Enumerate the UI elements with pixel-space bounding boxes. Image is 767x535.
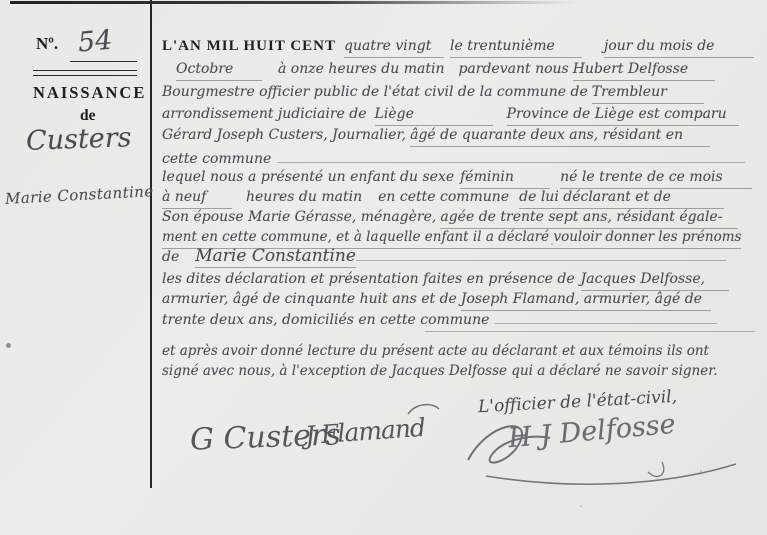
text-segment: quatre vingt [344, 36, 444, 58]
act-line-6: cette commune [162, 147, 745, 168]
text-segment: de lui déclarant et de [519, 187, 724, 209]
ruled-blank [495, 308, 717, 324]
text-segment: trente deux ans, domiciliés en cette com… [162, 310, 489, 330]
text-segment: Hubert Delfosse [573, 59, 715, 81]
birth-certificate-scan: Nº. 54 NAISSANCE de Custers Marie Consta… [0, 0, 767, 535]
act-line-2: Octobreà onze heures du matinpardevant n… [162, 59, 715, 80]
text-segment: Gérard Joseph Custers, Journalier, [162, 125, 406, 145]
blank-ruled-line [425, 331, 755, 332]
act-number-value: 54 [77, 25, 114, 59]
margin-heading-de: de [80, 107, 96, 125]
spacer [262, 63, 278, 73]
spacer [362, 191, 378, 201]
text-segment: le trentunième [450, 36, 582, 58]
text-segment: Octobre [176, 59, 262, 81]
act-line-3: Bourgmestre officier public de l'état ci… [162, 82, 704, 103]
text-segment: les dites déclaration et présentation fa… [162, 269, 575, 289]
text-segment: heures du matin [246, 187, 362, 207]
text-segment: jour du mois de [604, 36, 754, 58]
act-line-15: et après avoir donné lecture du présent … [162, 341, 709, 362]
act-number-label: Nº. [36, 34, 58, 54]
ruled-blank [356, 245, 726, 261]
scan-speck [700, 470, 702, 472]
ruled-blank [277, 147, 745, 163]
act-line-9: Son épouse Marie Gérasse, ménagère,agée … [162, 207, 738, 228]
text-segment: à neuf [162, 187, 232, 209]
text-segment: et après avoir donné lecture du présent … [162, 341, 709, 361]
act-line-1: L'AN MIL HUIT CENTquatre vingtle trentun… [162, 36, 754, 57]
scan-speck [6, 343, 11, 348]
act-line-7: lequel nous a présenté un enfant du sexe… [162, 167, 752, 188]
text-segment: de [162, 247, 179, 267]
text-segment: âgé de quarante deux ans, résidant en [410, 125, 710, 147]
spacer [550, 171, 560, 181]
spacer [582, 40, 604, 50]
text-segment: lequel nous a présenté un enfant du sexe [162, 167, 454, 187]
spacer [179, 251, 195, 261]
text-segment: Marie Constantine [195, 246, 356, 268]
text-segment: cette commune [162, 149, 271, 169]
text-segment: Trembleur [592, 82, 704, 104]
text-segment: arrondissement judiciaire de [162, 104, 367, 124]
text-segment: L'AN MIL HUIT CENT [162, 36, 336, 56]
act-line-11: deMarie Constantine [162, 245, 726, 266]
margin-separator-rule [150, 0, 152, 488]
scan-speck [306, 433, 309, 436]
text-segment: pardevant nous [458, 59, 568, 79]
spacer [162, 63, 176, 73]
text-segment: Province de Liège est comparu [507, 104, 739, 126]
spacer [336, 40, 344, 50]
spacer [493, 108, 507, 118]
act-line-16: signé avec nous, à l'exception de Jacque… [162, 361, 717, 382]
text-segment: Liège [375, 104, 493, 126]
margin-given-names: Marie Constantine [5, 182, 154, 208]
margin-heading-naissance: NAISSANCE [33, 83, 146, 103]
scan-speck [551, 243, 553, 245]
text-segment: Bourgmestre officier public de l'état ci… [162, 82, 588, 102]
scan-speck [580, 505, 582, 507]
text-segment: Son épouse Marie Gérasse, ménagère, [162, 207, 436, 227]
text-segment: armurier, âgé de cinquante huit ans et d… [162, 289, 457, 309]
text-segment: agée de trente sept ans, résidant égale- [440, 207, 738, 229]
number-underline [70, 61, 137, 62]
act-line-8: à neufheures du matinen cette communede … [162, 187, 724, 208]
top-border-rule [10, 1, 578, 4]
act-line-5: Gérard Joseph Custers, Journalier,âgé de… [162, 125, 710, 146]
act-line-13: armurier, âgé de cinquante huit ans et d… [162, 289, 711, 310]
act-line-12: les dites déclaration et présentation fa… [162, 269, 729, 290]
act-line-4: arrondissement judiciaire deLiègeProvinc… [162, 104, 739, 125]
text-segment: féminin [460, 167, 550, 189]
margin-double-rule [33, 70, 137, 76]
text-segment: en cette commune [378, 187, 509, 207]
spacer [509, 191, 519, 201]
text-segment: à onze heures du matin [278, 59, 444, 79]
act-line-14: trente deux ans, domiciliés en cette com… [162, 308, 717, 329]
text-segment: Jacques Delfosse, [581, 269, 729, 291]
spacer [444, 63, 458, 73]
spacer [367, 108, 375, 118]
signature-officer-block: H J Delfosse [452, 410, 752, 492]
spacer [232, 191, 246, 201]
text-segment: signé avec nous, à l'exception de Jacque… [162, 361, 717, 381]
margin-surname: Custers [25, 122, 132, 157]
text-segment: né le trente de ce mois [560, 167, 752, 189]
